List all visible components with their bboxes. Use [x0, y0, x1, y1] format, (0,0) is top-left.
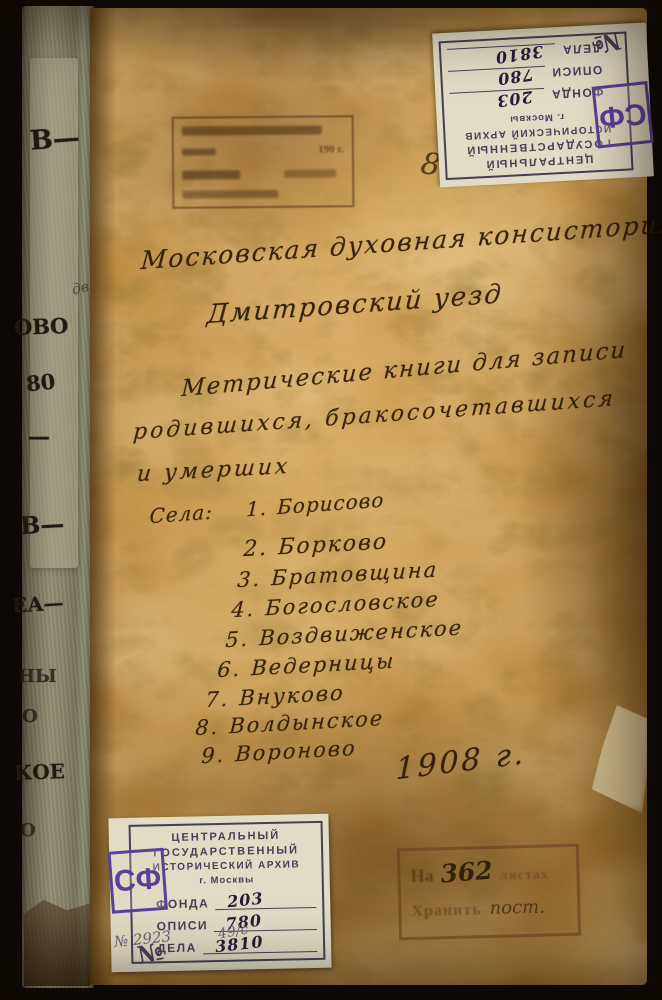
village-number: 4.: [231, 597, 256, 622]
archive-label-bottom: СФ № ЦЕНТРАЛЬНЫЙ ГОСУДАРСТВЕННЫЙ ИСТОРИЧ…: [108, 814, 331, 973]
keep-stamped: Хранить: [411, 901, 482, 921]
village-number: 1.: [246, 496, 268, 522]
spine-mark: КОЕ: [14, 759, 66, 785]
sf-stamp-text: СФ: [113, 862, 163, 899]
village-number: 6.: [217, 657, 242, 682]
spine-mark: В—: [29, 122, 81, 156]
village-number: 2.: [243, 536, 269, 562]
faded-stamp: 190 г.: [172, 115, 355, 209]
village-number: 8.: [195, 715, 220, 740]
spine-mark: В—: [19, 509, 65, 540]
spine-mark: О: [22, 706, 38, 727]
spine-mark: —: [28, 424, 50, 450]
scanned-book-cover: В— ОВО 80 — В— ЕА— НЫ О КОЕ О дв.: [0, 0, 662, 1000]
delo-value: 3810: [494, 42, 545, 68]
sheets-count: 362: [439, 856, 493, 889]
keep-written: пост.: [489, 897, 545, 919]
village-number: 3.: [237, 567, 262, 592]
sheets-stamp: На 362 листах Хранить пост.: [397, 844, 581, 941]
archive-label-top: СФ № ЦЕНТРАЛЬНЫЙ ГОСУДАРСТВЕННЫЙ ИСТОРИЧ…: [432, 23, 654, 188]
sf-stamp: СФ: [592, 81, 654, 149]
faded-stamp-year: 190 г.: [318, 143, 344, 155]
spine-mark: ОВО: [14, 313, 69, 340]
sf-stamp: СФ: [108, 848, 168, 914]
opis-value: 780: [496, 65, 535, 89]
village-number: 9.: [201, 743, 226, 768]
sheets-suffix: листах: [500, 867, 550, 884]
spine-mark: 80: [25, 369, 57, 397]
spine-mark: ЕА—: [11, 590, 64, 618]
village-number: 7.: [205, 687, 230, 712]
spine-tear: [24, 898, 90, 986]
fond-value: 203: [226, 888, 264, 911]
fond-value: 203: [495, 87, 534, 111]
sheets-prefix: На: [410, 865, 434, 887]
opis-label: ОПИСИ: [551, 63, 603, 80]
village-number: 5.: [225, 627, 250, 652]
sf-stamp-text: СФ: [597, 95, 648, 134]
spine-mark: О: [20, 820, 36, 841]
villages-label: Села:: [149, 500, 213, 529]
spine-mark: НЫ: [18, 666, 57, 687]
